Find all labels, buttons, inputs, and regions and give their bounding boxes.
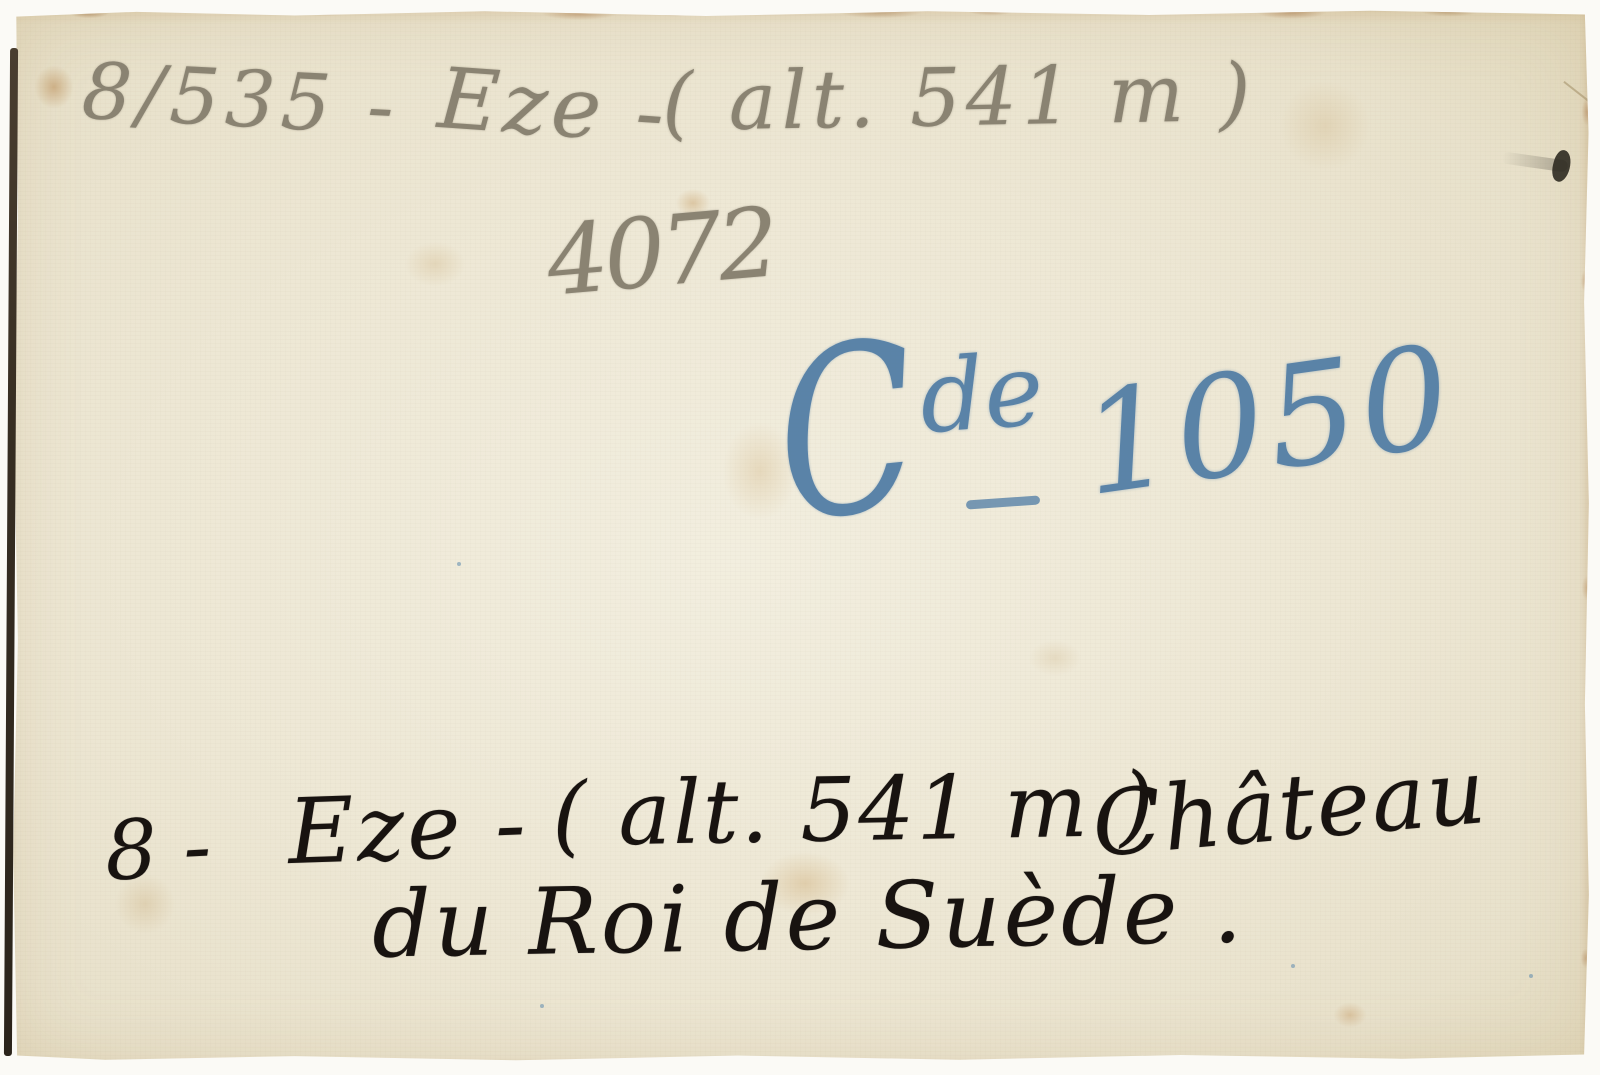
crayon-superscript-de: de [917,340,1047,448]
pencil-catalog-number: 8/535 - [80,53,402,148]
blue-speck [1529,974,1533,978]
top-edge-foxing [10,6,1592,26]
stain [1265,66,1385,186]
stain [28,58,80,116]
blue-speck [540,1004,544,1008]
ink-photo-number: 8 - [103,806,213,893]
pencil-place-name: Eze - [435,56,671,156]
stain [1020,634,1090,682]
blue-speck [1291,964,1295,968]
pencil-reference-number: 4072 [543,194,779,310]
ink-place-name: Eze - [287,780,530,878]
photo-verso-paper: 8/535 - Eze - ( alt. 541 m ) 4072 C de 1… [10,6,1592,1064]
crayon-initial-c: C [766,310,928,555]
ink-caption-roi-de-suede: du Roi de Suède . [371,864,1245,971]
blue-speck [457,562,461,566]
stain [1328,998,1372,1032]
pencil-altitude-note: ( alt. 541 m ) [661,53,1256,143]
right-edge-wear [1576,6,1592,1064]
stain [395,234,475,294]
ink-altitude-note: ( alt. 541 m ) [551,761,1156,860]
